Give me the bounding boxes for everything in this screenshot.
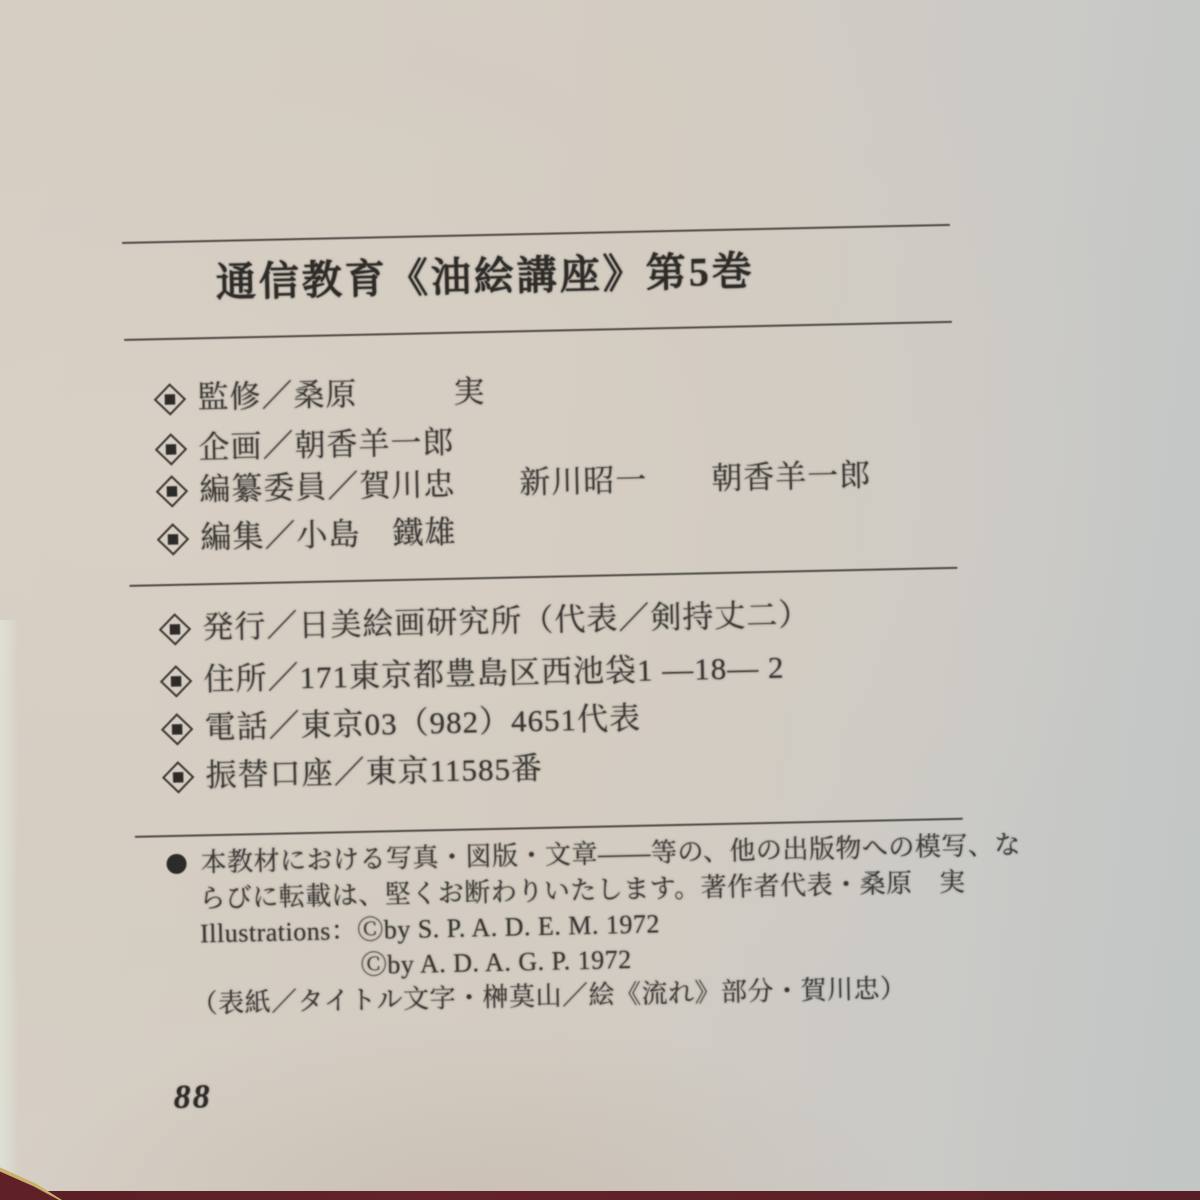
- diamond-bullet-icon: [156, 475, 189, 508]
- credit-editor: 編集／小島 鐵雄: [200, 511, 457, 561]
- diamond-bullet-icon: [154, 383, 187, 416]
- cover-credit: （表紙／タイトル文字・榊莫山／絵《流れ》部分・賀川忠）: [191, 972, 907, 1022]
- publisher-address: 住所／171東京都豊島区西池袋1 —18— 2: [203, 646, 785, 703]
- diamond-bullet-icon: [159, 613, 192, 646]
- diamond-bullet-icon: [160, 665, 193, 698]
- publisher-line: 住所／171東京都豊島区西池袋1 —18— 2: [164, 646, 785, 704]
- publisher-name: 発行／日美絵画研究所（代表／剣持丈二）: [202, 593, 811, 650]
- page-number: 88: [173, 1078, 212, 1117]
- publisher-line: 振替口座／東京11585番: [166, 747, 543, 799]
- copyright-representative: 著作者代表・桑原 実: [700, 866, 966, 906]
- credit-line: 監修／桑原 実: [158, 370, 486, 421]
- page-title: 通信教育《油絵講座》第5巻: [215, 241, 755, 313]
- publisher-line: 発行／日美絵画研究所（代表／剣持丈二）: [163, 593, 811, 651]
- publisher-line: 電話／東京03（982）4651代表: [165, 697, 641, 751]
- book-cover-bottom-edge: [0, 1191, 1200, 1200]
- divider-rule-middle: [129, 567, 957, 587]
- colophon-content: 通信教育《油絵講座》第5巻 監修／桑原 実 企画／朝香羊一郎 編纂委員／賀川忠 …: [120, 224, 970, 1172]
- diamond-bullet-icon: [161, 713, 194, 746]
- illustrations-copyright-2: Ⓒby A. D. A. G. P. 1972: [360, 943, 632, 983]
- divider-rule-under-title: [124, 321, 952, 341]
- diamond-bullet-icon: [162, 761, 195, 794]
- credit-supervisor: 監修／桑原 実: [197, 370, 486, 420]
- circle-bullet-icon: [166, 854, 186, 874]
- credit-line: 編集／小島 鐵雄: [161, 511, 457, 561]
- page-edge: [0, 620, 18, 1192]
- diamond-bullet-icon: [157, 523, 190, 556]
- diamond-bullet-icon: [155, 433, 188, 466]
- notice-line: Ⓒby A. D. A. G. P. 1972: [360, 943, 632, 983]
- notice-line: （表紙／タイトル文字・榊莫山／絵《流れ》部分・賀川忠）: [191, 972, 907, 1022]
- book-page-photo: 通信教育《油絵講座》第5巻 監修／桑原 実 企画／朝香羊一郎 編纂委員／賀川忠 …: [0, 0, 1200, 1200]
- publisher-postal-account: 振替口座／東京11585番: [205, 747, 543, 798]
- publisher-phone: 電話／東京03（982）4651代表: [204, 697, 641, 751]
- divider-rule-top: [122, 224, 950, 244]
